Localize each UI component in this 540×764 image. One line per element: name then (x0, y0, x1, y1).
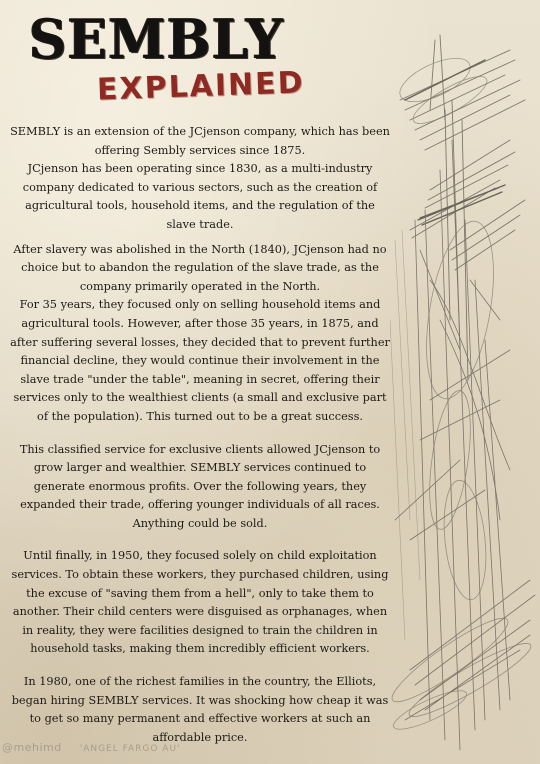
paragraph-intro: SEMBLY is an extension of the JCjenson c… (10, 123, 390, 160)
au-tag: 'ANGEL FARGO AU' (80, 744, 181, 754)
pencil-scribble-icon (390, 20, 540, 764)
paragraph-founding: JCjenson has been operating since 1830, … (10, 160, 390, 234)
paragraph-elliots: In 1980, one of the richest families in … (10, 673, 390, 747)
page-subtitle: EXPLAINED (97, 68, 306, 105)
page-title: SEMBLY (29, 13, 284, 68)
paragraph-abolition: After slavery was abolished in the North… (10, 241, 390, 297)
paragraph-child-services: Until finally, in 1950, they focused sol… (10, 547, 390, 659)
paragraph-expansion: This classified service for exclusive cl… (10, 441, 390, 534)
artist-signature: @mehimd 'ANGEL FARGO AU' (2, 741, 181, 754)
article-body: SEMBLY is an extension of the JCjenson c… (10, 123, 390, 753)
artist-handle: @mehimd (2, 741, 62, 754)
paragraph-secret-trade: For 35 years, they focused only on selli… (10, 296, 390, 426)
